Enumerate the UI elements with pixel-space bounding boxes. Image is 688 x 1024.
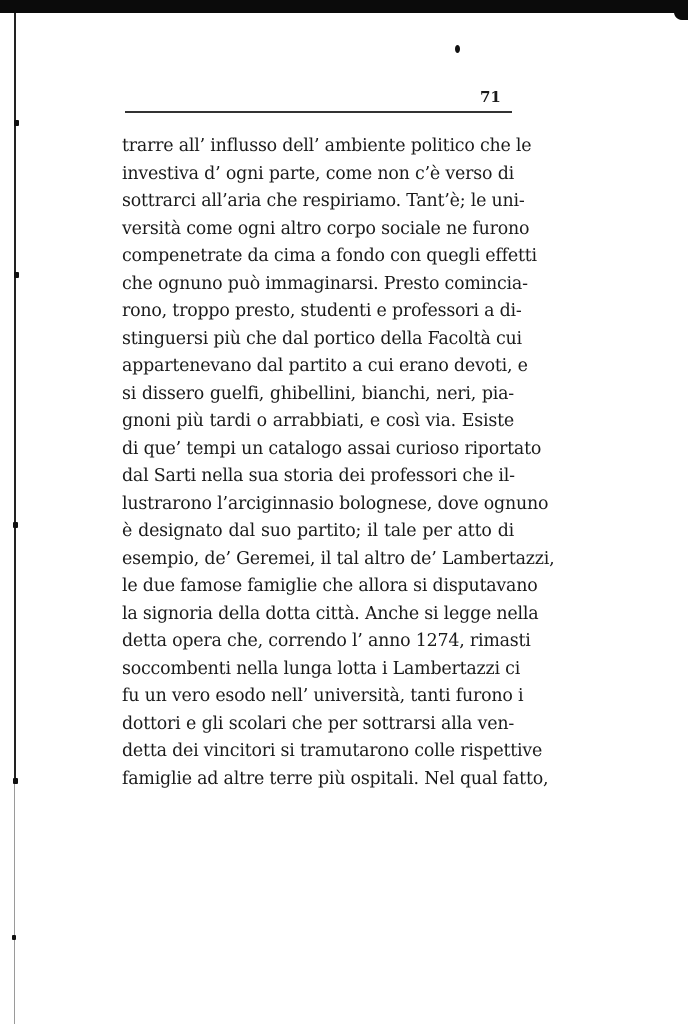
text-line: trarre all’ influsso dell’ ambiente poli…: [122, 133, 514, 161]
text-line: rono, troppo presto, studenti e professo…: [122, 298, 514, 326]
body-text: trarre all’ influsso dell’ ambiente poli…: [122, 133, 514, 793]
binding-mark: [14, 120, 19, 126]
text-line: lustrarono l’arciginnasio bolognese, dov…: [122, 491, 514, 519]
binding-mark: [12, 935, 16, 940]
text-line: stinguersi più che dal portico della Fac…: [122, 326, 514, 354]
scan-top-border: [0, 0, 688, 13]
text-line: detta opera che, correndo l’ anno 1274, …: [122, 628, 514, 656]
binding-edge: [14, 13, 16, 778]
header-rule: [125, 111, 512, 113]
text-line: sottrarci all’aria che respiriamo. Tant’…: [122, 188, 514, 216]
text-line: compenetrate da cima a fondo con quegli …: [122, 243, 514, 271]
binding-mark: [14, 272, 19, 278]
text-line: gnoni più tardi o arrabbiati, e così via…: [122, 408, 514, 436]
scan-corner-shadow: [674, 0, 688, 20]
text-line: fu un vero esodo nell’ università, tanti…: [122, 683, 514, 711]
text-line: di que’ tempi un catalogo assai curioso …: [122, 436, 514, 464]
binding-mark: [13, 778, 18, 784]
text-line: dal Sarti nella sua storia dei professor…: [122, 463, 514, 491]
text-line: si dissero guelfi, ghibellini, bianchi, …: [122, 381, 514, 409]
text-line: appartenevano dal partito a cui erano de…: [122, 353, 514, 381]
text-line: è designato dal suo partito; il tale per…: [122, 518, 514, 546]
text-line: soccombenti nella lunga lotta i Lamberta…: [122, 656, 514, 684]
text-line: esempio, de’ Geremei, il tal altro de’ L…: [122, 546, 514, 574]
text-line: la signoria della dotta città. Anche si …: [122, 601, 514, 629]
binding-mark: [13, 522, 18, 528]
text-line: detta dei vincitori si tramutarono colle…: [122, 738, 514, 766]
ink-blot: [455, 45, 460, 53]
page-number: 71: [480, 88, 501, 106]
text-line: versità come ogni altro corpo sociale ne…: [122, 216, 514, 244]
text-line: investiva d’ ogni parte, come non c’è ve…: [122, 161, 514, 189]
text-line: che ognuno può immaginarsi. Presto comin…: [122, 271, 514, 299]
text-line: le due famose famiglie che allora si dis…: [122, 573, 514, 601]
text-line: famiglie ad altre terre più ospitali. Ne…: [122, 766, 514, 794]
text-line: dottori e gli scolari che per sottrarsi …: [122, 711, 514, 739]
binding-edge-lower: [14, 778, 15, 1024]
